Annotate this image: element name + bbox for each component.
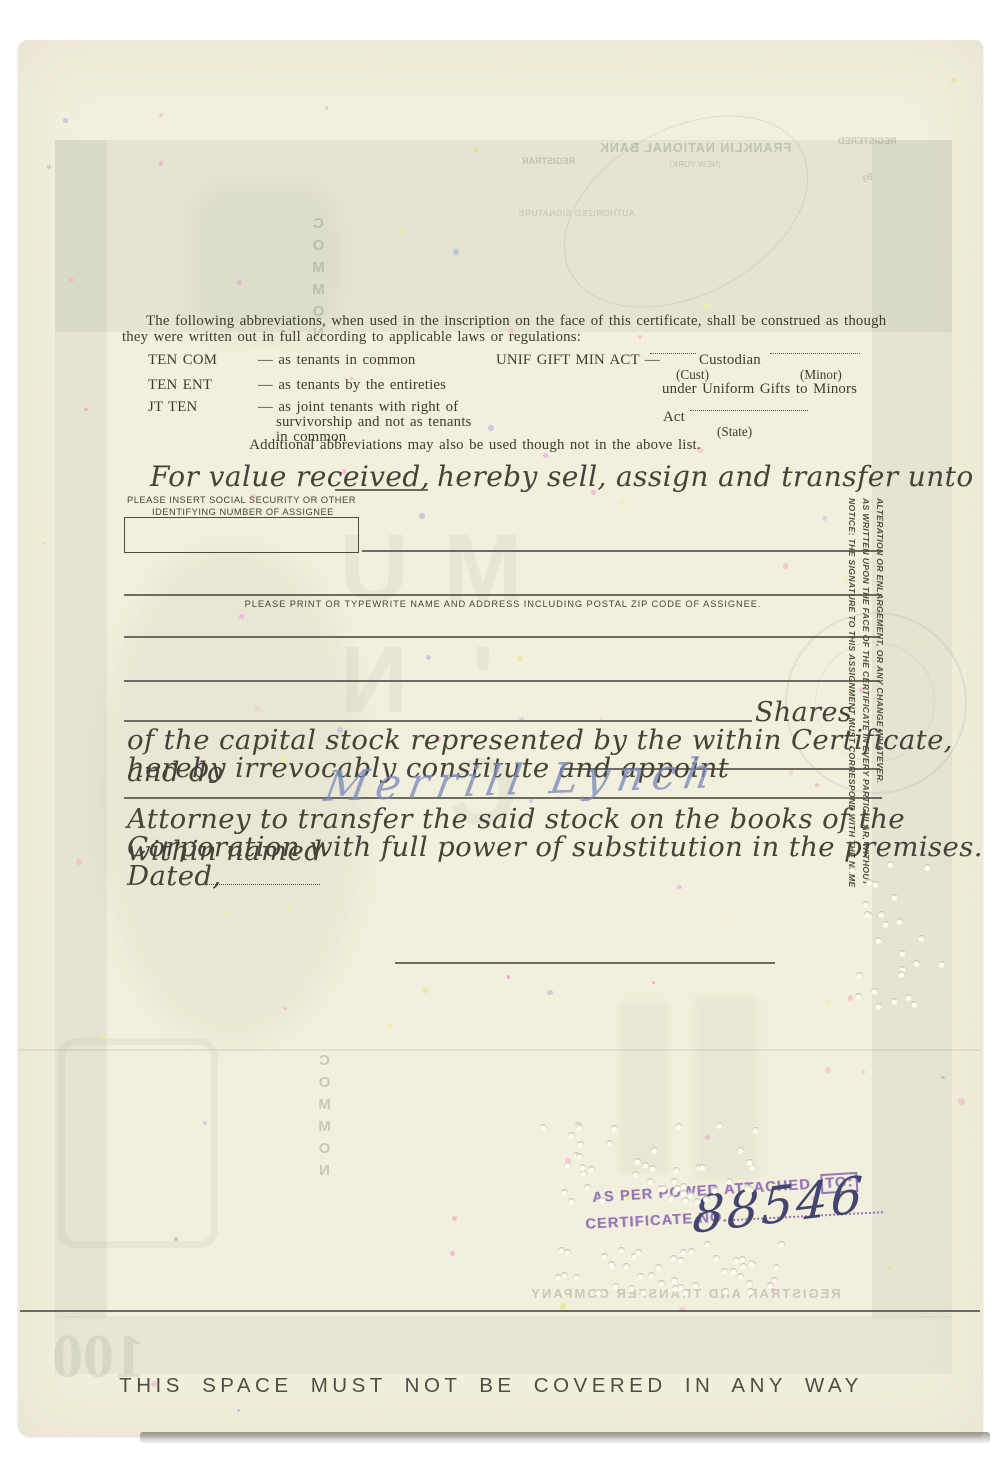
- perforation-hole: [637, 1273, 644, 1280]
- dated-text: Dated,: [127, 860, 222, 892]
- perforation-hole: [747, 1288, 754, 1295]
- perforation-hole: [694, 1198, 701, 1205]
- security-fiber-speckle: [652, 981, 655, 984]
- ssn-entry-box: [124, 517, 359, 553]
- security-fiber-speckle: [450, 1251, 454, 1255]
- ghost-registrar-label: REGISTRAR: [522, 156, 575, 166]
- perforation-hole: [752, 1127, 759, 1134]
- perforation-hole: [875, 1003, 882, 1010]
- security-fiber-speckle: [488, 425, 494, 431]
- perforation-hole: [618, 1247, 625, 1254]
- perforation-hole: [856, 972, 863, 979]
- certificate-back-scan: FRANKLIN NATIONAL BANK (NEW YORK) REGIST…: [0, 0, 1000, 1459]
- custodian-leader-right: [770, 353, 860, 354]
- security-fiber-speckle: [63, 118, 68, 123]
- perforation-hole: [866, 879, 873, 886]
- print-name-caption: PLEASE PRINT OR TYPEWRITE NAME AND ADDRE…: [124, 599, 882, 609]
- signature-notice-line1: NOTICE: THE SIGNATURE TO THIS ASSIGNMENT…: [845, 498, 859, 914]
- assignee-line-1: [362, 550, 882, 552]
- security-fiber-speckle: [825, 1067, 831, 1073]
- perforation-hole: [680, 1249, 687, 1256]
- security-fiber-speckle: [862, 1070, 866, 1074]
- security-fiber-speckle: [560, 1303, 566, 1309]
- assignee-line-2: [124, 594, 882, 596]
- perforation-hole: [634, 1158, 641, 1165]
- perforation-hole: [682, 1197, 689, 1204]
- security-fiber-speckle: [941, 1076, 944, 1079]
- security-fiber-speckle: [887, 1265, 892, 1270]
- security-fiber-speckle: [543, 453, 548, 458]
- assignee-line-4: [124, 680, 880, 682]
- security-fiber-speckle: [325, 106, 328, 109]
- perforation-hole: [872, 881, 879, 888]
- perforation-hole: [778, 1241, 785, 1248]
- abbreviations-intro-line2: they were written out in full according …: [122, 329, 581, 346]
- ghost-bank-name: FRANKLIN NATIONAL BANK: [540, 141, 850, 155]
- security-fiber-speckle: [517, 656, 522, 661]
- perforation-hole: [891, 894, 898, 901]
- shares-blank-line: [124, 720, 752, 722]
- ghost-border-band-bottom: [55, 1316, 952, 1374]
- perforation-hole: [748, 1260, 755, 1267]
- abbr-ten-ent: TEN ENT: [148, 377, 212, 394]
- security-fiber-speckle: [399, 228, 405, 234]
- ghost-column-blob: [695, 998, 757, 1178]
- perforation-hole: [660, 1185, 667, 1192]
- security-fiber-speckle: [920, 639, 923, 642]
- security-fiber-speckle: [159, 161, 164, 166]
- perforation-hole: [713, 1255, 720, 1262]
- ghost-bank-location: (NEW YORK): [540, 159, 850, 169]
- perforation-hole: [773, 1264, 780, 1271]
- perforation-hole: [688, 1248, 695, 1255]
- abbr-jt-ten: JT TEN: [148, 399, 197, 416]
- perforation-hole: [642, 1162, 649, 1169]
- perforation-hole: [730, 1268, 737, 1275]
- perforation-hole: [576, 1153, 583, 1160]
- perforation-hole: [584, 1184, 591, 1191]
- perforation-hole: [580, 1170, 587, 1177]
- perforation-hole: [635, 1249, 642, 1256]
- act-leader: [690, 410, 808, 411]
- security-fiber-speckle: [825, 1000, 830, 1005]
- security-fiber-speckle: [84, 408, 87, 411]
- perforation-hole: [726, 1178, 733, 1185]
- ghost-by-label: By: [862, 172, 873, 182]
- abbr-ten-com: TEN COM: [148, 352, 217, 369]
- perforation-hole: [680, 1190, 687, 1197]
- security-fiber-speckle: [848, 995, 853, 1000]
- perforation-hole: [608, 1261, 615, 1268]
- perforation-hole: [561, 1189, 568, 1196]
- perforation-hole: [670, 1255, 677, 1262]
- ghost-registered-label: REGISTERED: [838, 136, 897, 146]
- signature-notice-line3: ALTERATION OR ENLARGEMENT, OR ANY CHANGE…: [873, 498, 887, 914]
- security-fiber-speckle: [203, 1121, 206, 1124]
- security-fiber-speckle: [452, 1216, 457, 1221]
- perforation-hole: [568, 1198, 575, 1205]
- for-value-received-text: For value received,: [150, 460, 430, 493]
- perforation-hole: [555, 1274, 562, 1281]
- perforation-hole: [632, 1171, 639, 1178]
- security-fiber-speckle: [387, 1024, 392, 1029]
- security-fiber-speckle: [419, 513, 425, 519]
- abbreviations-intro-line1: The following abbreviations, when used i…: [146, 313, 886, 330]
- perforation-hole: [744, 1185, 751, 1192]
- security-fiber-speckle: [286, 904, 291, 909]
- perforation-hole: [855, 993, 862, 1000]
- abbreviations-additional: Additional abbreviations may also be use…: [115, 437, 835, 454]
- perforation-hole: [913, 960, 920, 967]
- perforation-hole: [540, 1124, 547, 1131]
- fold-crease: [18, 1049, 981, 1051]
- perforation-hole: [911, 1001, 918, 1008]
- perforation-hole: [703, 1196, 710, 1203]
- signature-notice-sidebar: ALTERATION OR ENLARGEMENT, OR ANY CHANGE…: [845, 498, 887, 914]
- perforation-hole: [564, 1162, 571, 1169]
- perforation-hole: [692, 1282, 699, 1289]
- perforation-hole: [647, 1178, 654, 1185]
- assignee-line-3: [124, 636, 880, 638]
- perforation-hole: [564, 1249, 571, 1256]
- signature-notice-line2: AS WRITTEN UPON THE FACE OF THE CERTIFIC…: [859, 498, 873, 914]
- perforation-hole: [699, 1164, 706, 1171]
- security-fiber-speckle: [507, 975, 511, 979]
- ghost-column-blob: [620, 1002, 668, 1172]
- security-fiber-speckle: [958, 1098, 964, 1104]
- perforation-hole: [896, 918, 903, 925]
- abbr-unif-gift-label: UNIF GIFT MIN ACT —: [496, 352, 660, 369]
- security-fiber-speckle: [677, 885, 682, 890]
- sell-assign-transfer-text: hereby sell, assign and transfer unto: [437, 460, 974, 493]
- abbr-act: Act: [663, 409, 685, 426]
- do-not-cover-notice: THIS SPACE MUST NOT BE COVERED IN ANY WA…: [10, 1374, 972, 1398]
- bottom-zone-rule: [20, 1310, 980, 1312]
- security-fiber-speckle: [423, 988, 428, 993]
- perforation-hole: [599, 1197, 606, 1204]
- ssn-label-line1: PLEASE INSERT SOCIAL SECURITY OR OTHER: [127, 495, 356, 505]
- abbr-ten-com-def: — as tenants in common: [258, 352, 416, 369]
- perforation-hole: [640, 1289, 647, 1296]
- perforation-hole: [576, 1124, 583, 1131]
- perforation-hole: [918, 935, 925, 942]
- perforation-hole: [739, 1256, 746, 1263]
- perforation-hole: [671, 1277, 678, 1284]
- security-fiber-speckle: [255, 706, 260, 711]
- perforation-hole: [649, 1165, 656, 1172]
- perforation-hole: [740, 1263, 747, 1270]
- security-fiber-speckle: [822, 516, 827, 521]
- security-fiber-speckle: [283, 1007, 286, 1010]
- perforation-hole: [668, 1195, 675, 1202]
- perforation-hole: [737, 1147, 744, 1154]
- perforation-hole: [721, 1268, 728, 1275]
- ghost-medallion: [58, 1038, 218, 1248]
- perforation-hole: [899, 950, 906, 957]
- security-fiber-speckle: [69, 278, 74, 283]
- perforation-hole: [651, 1147, 658, 1154]
- perforation-hole: [671, 1178, 678, 1185]
- perforation-hole: [871, 988, 878, 995]
- security-fiber-speckle: [224, 910, 228, 914]
- abbr-under-minors: under Uniform Gifts to Minors: [662, 381, 857, 398]
- perforation-hole: [924, 864, 931, 871]
- ghost-authorized-signature-label: AUTHORIZED SIGNATURE: [518, 208, 635, 218]
- paper-bottom-edge-shadow: [140, 1432, 990, 1443]
- security-fiber-speckle: [783, 563, 789, 569]
- perforation-hole: [672, 1285, 679, 1292]
- perforation-hole: [864, 911, 871, 918]
- ssn-label-line2: IDENTIFYING NUMBER OF ASSIGNEE: [152, 507, 334, 517]
- signature-line: [395, 962, 775, 964]
- perforation-hole: [595, 1289, 602, 1296]
- security-fiber-speckle: [638, 335, 642, 339]
- abbr-ten-ent-def: — as tenants by the entireties: [258, 377, 446, 394]
